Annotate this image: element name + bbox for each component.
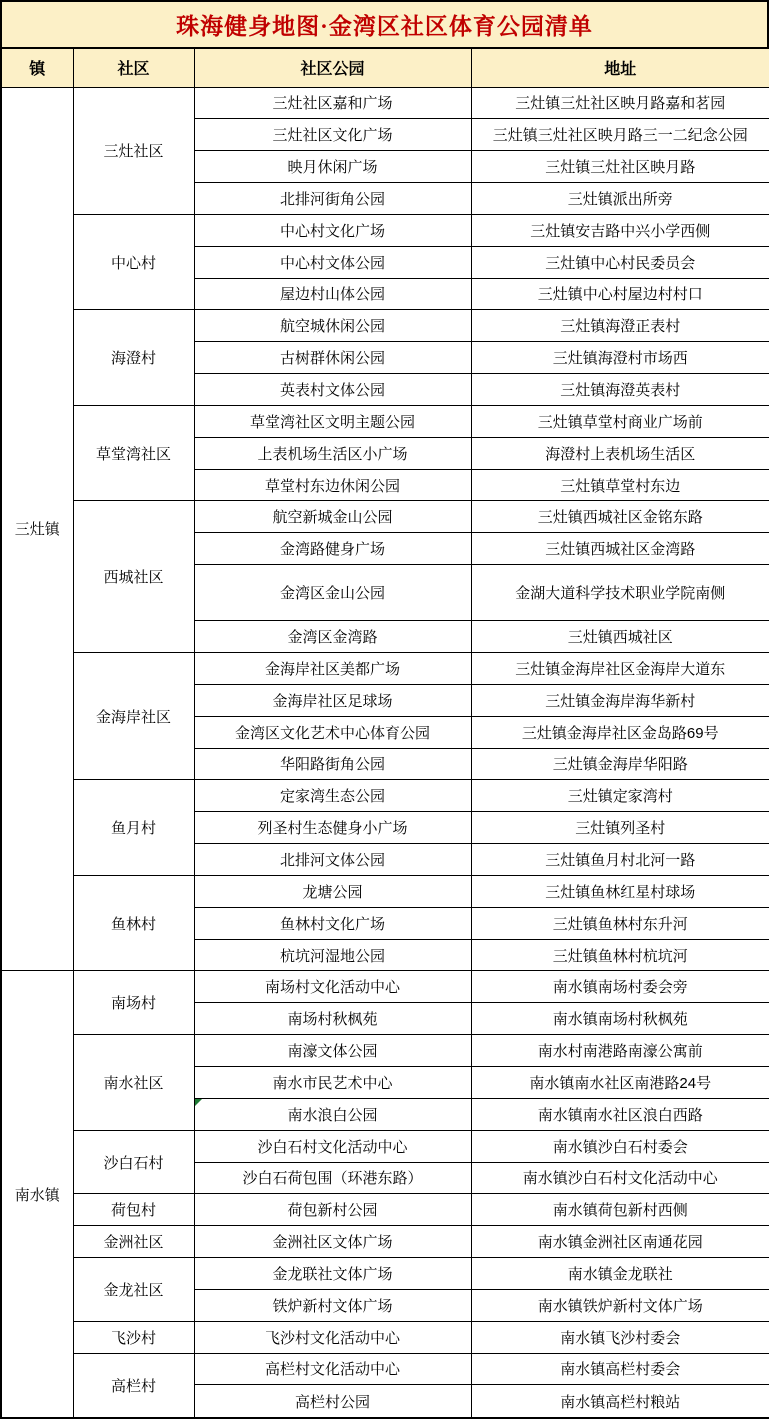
address-cell: 三灶镇海澄正表村 [471, 310, 769, 342]
address-cell: 南水镇沙白石村委会 [471, 1130, 769, 1162]
address-cell: 南水镇飞沙村委会 [471, 1321, 769, 1353]
address-cell: 三灶镇安吉路中兴小学西侧 [471, 214, 769, 246]
address-cell: 三灶镇鱼林村杭坑河 [471, 939, 769, 971]
park-cell: 草堂湾社区文明主题公园 [194, 405, 471, 437]
park-cell: 沙白石村文化活动中心 [194, 1130, 471, 1162]
community-cell: 草堂湾社区 [73, 405, 194, 501]
table-row: 高栏村高栏村文化活动中心南水镇高栏村委会 [1, 1353, 769, 1385]
park-cell: 航空城休闲公园 [194, 310, 471, 342]
park-cell: 飞沙村文化活动中心 [194, 1321, 471, 1353]
table-row: 飞沙村飞沙村文化活动中心南水镇飞沙村委会 [1, 1321, 769, 1353]
address-cell: 三灶镇金海岸海华新村 [471, 684, 769, 716]
park-cell: 高栏村公园 [194, 1385, 471, 1418]
park-cell: 航空新城金山公园 [194, 501, 471, 533]
address-cell: 三灶镇西城社区金铭东路 [471, 501, 769, 533]
address-cell: 三灶镇三灶社区映月路嘉和茗园 [471, 87, 769, 119]
column-header-park: 社区公园 [194, 48, 471, 87]
table-row: 鱼月村定家湾生态公园三灶镇定家湾村 [1, 780, 769, 812]
park-cell: 金海岸社区美都广场 [194, 653, 471, 685]
table-row: 海澄村航空城休闲公园三灶镇海澄正表村 [1, 310, 769, 342]
community-cell: 飞沙村 [73, 1321, 194, 1353]
park-cell: 三灶社区文化广场 [194, 119, 471, 151]
table-header: 镇 社区 社区公园 地址 [1, 48, 769, 87]
column-header-address: 地址 [471, 48, 769, 87]
address-cell: 南水镇南水社区浪白西路 [471, 1098, 769, 1130]
column-header-community: 社区 [73, 48, 194, 87]
park-cell: 南场村文化活动中心 [194, 971, 471, 1003]
address-cell: 三灶镇西城社区 [471, 621, 769, 653]
community-cell: 金洲社区 [73, 1226, 194, 1258]
park-cell: 定家湾生态公园 [194, 780, 471, 812]
address-cell: 南水镇南场村委会旁 [471, 971, 769, 1003]
address-cell: 南水镇金龙联社 [471, 1258, 769, 1290]
address-cell: 三灶镇金海岸社区金岛路69号 [471, 716, 769, 748]
address-cell: 三灶镇金海岸华阳路 [471, 748, 769, 780]
table-row: 中心村中心村文化广场三灶镇安吉路中兴小学西侧 [1, 214, 769, 246]
address-cell: 三灶镇派出所旁 [471, 183, 769, 215]
park-cell: 金湾区金湾路 [194, 621, 471, 653]
community-cell: 金海岸社区 [73, 653, 194, 780]
address-cell: 三灶镇草堂村东边 [471, 469, 769, 501]
address-cell: 三灶镇中心村屋边村村口 [471, 278, 769, 310]
parks-table: 镇 社区 社区公园 地址 三灶镇三灶社区三灶社区嘉和广场三灶镇三灶社区映月路嘉和… [0, 47, 769, 1419]
address-cell: 三灶镇海澄英表村 [471, 374, 769, 406]
table-row: 草堂湾社区草堂湾社区文明主题公园三灶镇草堂村商业广场前 [1, 405, 769, 437]
table-row: 三灶镇三灶社区三灶社区嘉和广场三灶镇三灶社区映月路嘉和茗园 [1, 87, 769, 119]
table-row: 鱼林村龙塘公园三灶镇鱼林红星村球场 [1, 875, 769, 907]
community-cell: 金龙社区 [73, 1258, 194, 1322]
address-cell: 三灶镇鱼林红星村球场 [471, 875, 769, 907]
park-cell: 列圣村生态健身小广场 [194, 812, 471, 844]
park-cell: 杭坑河湿地公园 [194, 939, 471, 971]
address-cell: 南水镇荷包新村西侧 [471, 1194, 769, 1226]
address-cell: 三灶镇定家湾村 [471, 780, 769, 812]
park-cell: 金洲社区文体广场 [194, 1226, 471, 1258]
town-cell: 三灶镇 [1, 87, 73, 971]
table-row: 金洲社区金洲社区文体广场南水镇金洲社区南通花园 [1, 1226, 769, 1258]
address-cell: 海澄村上表机场生活区 [471, 437, 769, 469]
park-cell: 华阳路街角公园 [194, 748, 471, 780]
park-cell: 北排河文体公园 [194, 844, 471, 876]
table-row: 南水镇南场村南场村文化活动中心南水镇南场村委会旁 [1, 971, 769, 1003]
park-cell: 英表村文体公园 [194, 374, 471, 406]
address-cell: 三灶镇鱼林村东升河 [471, 907, 769, 939]
address-cell: 南水镇金洲社区南通花园 [471, 1226, 769, 1258]
address-cell: 南水镇高栏村粮站 [471, 1385, 769, 1418]
park-cell: 高栏村文化活动中心 [194, 1353, 471, 1385]
address-cell: 三灶镇西城社区金湾路 [471, 533, 769, 565]
community-cell: 南水社区 [73, 1035, 194, 1131]
park-cell: 沙白石荷包围（环港东路） [194, 1162, 471, 1194]
park-cell: 三灶社区嘉和广场 [194, 87, 471, 119]
document-page: 珠海健身地图·金湾区社区体育公园清单 镇 社区 社区公园 地址 三灶镇三灶社区三… [0, 0, 769, 1419]
header-row: 镇 社区 社区公园 地址 [1, 48, 769, 87]
park-cell: 南水市民艺术中心 [194, 1066, 471, 1098]
town-cell: 南水镇 [1, 971, 73, 1418]
address-cell: 金湖大道科学技术职业学院南侧 [471, 565, 769, 621]
park-cell: 鱼林村文化广场 [194, 907, 471, 939]
table-row: 沙白石村沙白石村文化活动中心南水镇沙白石村委会 [1, 1130, 769, 1162]
community-cell: 鱼月村 [73, 780, 194, 876]
park-cell: 中心村文体公园 [194, 246, 471, 278]
park-cell: 金湾路健身广场 [194, 533, 471, 565]
table-row: 金龙社区金龙联社文体广场南水镇金龙联社 [1, 1258, 769, 1290]
table-row: 荷包村荷包新村公园南水镇荷包新村西侧 [1, 1194, 769, 1226]
table-row: 金海岸社区金海岸社区美都广场三灶镇金海岸社区金海岸大道东 [1, 653, 769, 685]
community-cell: 海澄村 [73, 310, 194, 406]
park-cell: 荷包新村公园 [194, 1194, 471, 1226]
park-cell: 中心村文化广场 [194, 214, 471, 246]
address-cell: 三灶镇鱼月村北河一路 [471, 844, 769, 876]
table-row: 南水社区南濠文体公园南水村南港路南濠公寓前 [1, 1035, 769, 1067]
column-header-town: 镇 [1, 48, 73, 87]
community-cell: 鱼林村 [73, 875, 194, 971]
community-cell: 三灶社区 [73, 87, 194, 214]
address-cell: 南水镇南场村秋枫苑 [471, 1003, 769, 1035]
address-cell: 三灶镇三灶社区映月路三一二纪念公园 [471, 119, 769, 151]
table-row: 西城社区航空新城金山公园三灶镇西城社区金铭东路 [1, 501, 769, 533]
table-body: 三灶镇三灶社区三灶社区嘉和广场三灶镇三灶社区映月路嘉和茗园三灶社区文化广场三灶镇… [1, 87, 769, 1418]
park-cell: 金海岸社区足球场 [194, 684, 471, 716]
address-cell: 南水村南港路南濠公寓前 [471, 1035, 769, 1067]
page-title: 珠海健身地图·金湾区社区体育公园清单 [0, 0, 769, 47]
park-cell: 南水浪白公园 [194, 1098, 471, 1130]
community-cell: 高栏村 [73, 1353, 194, 1418]
park-cell: 上表机场生活区小广场 [194, 437, 471, 469]
address-cell: 三灶镇中心村民委员会 [471, 246, 769, 278]
park-cell: 铁炉新村文体广场 [194, 1289, 471, 1321]
park-cell: 映月休闲广场 [194, 151, 471, 183]
park-cell: 屋边村山体公园 [194, 278, 471, 310]
park-cell: 金龙联社文体广场 [194, 1258, 471, 1290]
address-cell: 南水镇高栏村委会 [471, 1353, 769, 1385]
address-cell: 三灶镇海澄村市场西 [471, 342, 769, 374]
comment-marker-icon [195, 1099, 202, 1106]
address-cell: 南水镇铁炉新村文体广场 [471, 1289, 769, 1321]
address-cell: 三灶镇草堂村商业广场前 [471, 405, 769, 437]
address-cell: 南水镇南水社区南港路24号 [471, 1066, 769, 1098]
community-cell: 西城社区 [73, 501, 194, 653]
community-cell: 南场村 [73, 971, 194, 1035]
park-cell: 北排河街角公园 [194, 183, 471, 215]
community-cell: 沙白石村 [73, 1130, 194, 1194]
address-cell: 三灶镇三灶社区映月路 [471, 151, 769, 183]
park-cell: 金湾区金山公园 [194, 565, 471, 621]
community-cell: 荷包村 [73, 1194, 194, 1226]
community-cell: 中心村 [73, 214, 194, 310]
address-cell: 三灶镇金海岸社区金海岸大道东 [471, 653, 769, 685]
park-cell: 金湾区文化艺术中心体育公园 [194, 716, 471, 748]
address-cell: 南水镇沙白石村文化活动中心 [471, 1162, 769, 1194]
park-cell: 南濠文体公园 [194, 1035, 471, 1067]
address-cell: 三灶镇列圣村 [471, 812, 769, 844]
park-cell: 草堂村东边休闲公园 [194, 469, 471, 501]
park-cell: 龙塘公园 [194, 875, 471, 907]
park-cell: 南场村秋枫苑 [194, 1003, 471, 1035]
park-cell: 古树群休闲公园 [194, 342, 471, 374]
